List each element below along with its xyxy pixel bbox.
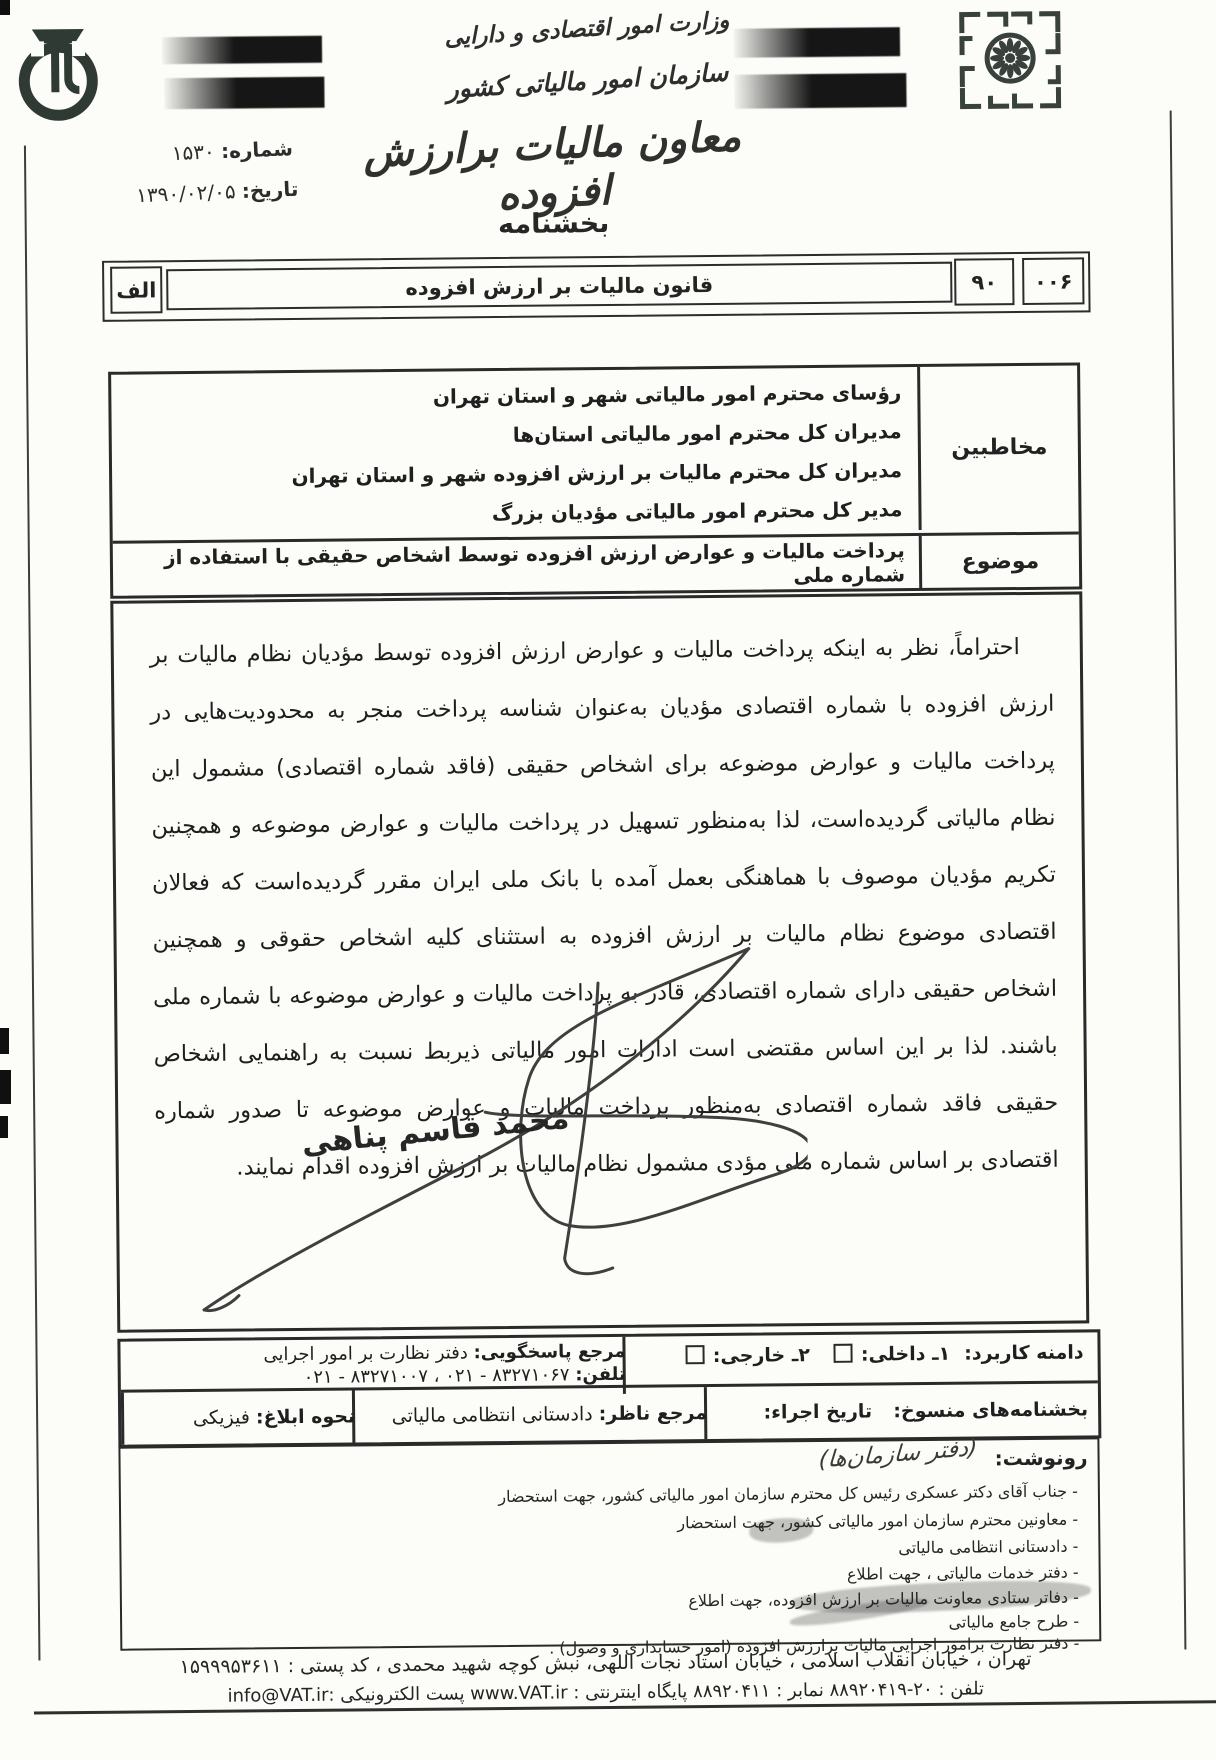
- scan-artifact: [0, 1028, 9, 1054]
- subject-label: موضوع: [919, 534, 1079, 588]
- year-code: ۹۰: [971, 270, 997, 294]
- notification-label: نحوه ابلاغ:: [256, 1405, 355, 1428]
- category-code: الف: [116, 278, 156, 302]
- recipients-table: مخاطبین رؤسای محترم امور مالیاتی شهر و ا…: [108, 362, 1082, 598]
- law-title: قانون مالیات بر ارزش افزوده: [405, 272, 713, 299]
- internal-scope-label: ۱ـ داخلی:: [861, 1343, 950, 1366]
- external-scope-checkbox[interactable]: [686, 1345, 705, 1364]
- notification-value: فیزیکی: [193, 1406, 250, 1429]
- cc-box: رونوشت: (دفتر سازمان‌ها) - جناب آقای دکت…: [118, 1437, 1101, 1650]
- cc-item: - جناب آقای دکتر عسکری رئیس کل محترم ساز…: [498, 1482, 1078, 1507]
- law-title-box: قانون مالیات بر ارزش افزوده: [166, 262, 952, 311]
- redaction-bar: [164, 77, 324, 110]
- supervisor-cell: مرجع ناظر: دادستانی انتظامی مالیاتی: [352, 1387, 717, 1443]
- internal-scope-checkbox[interactable]: [834, 1344, 853, 1363]
- external-scope-label: ۲ـ خارجی:: [713, 1344, 810, 1367]
- cc-label: رونوشت:: [995, 1445, 1088, 1470]
- response-value: دفتر نظارت بر امور اجرایی: [263, 1342, 468, 1365]
- subject-row: موضوع پرداخت مالیات و عوارض ارزش افزوده …: [113, 531, 1079, 595]
- cc-item: - دادستانی انتظامی مالیاتی: [898, 1537, 1078, 1558]
- footer-address: تهران ، خیابان انقلاب اسلامی ، خیابان اس…: [7, 1646, 1203, 1679]
- scan-artifact: [0, 1070, 11, 1104]
- supervisor-value: دادستانی انتظامی مالیاتی: [392, 1403, 593, 1427]
- number-value: ۱۵۳۰: [171, 139, 215, 165]
- ministry-emblem-icon: [954, 6, 1067, 115]
- tax-organization-logo-icon: [8, 25, 109, 126]
- phone-label: تلفن:: [575, 1364, 626, 1385]
- cc-item: - دفاتر ستادی معاونت مالیات بر ارزش افزو…: [688, 1588, 1079, 1611]
- cc-handwritten-note: (دفتر سازمان‌ها): [818, 1435, 978, 1474]
- date-value: ۱۳۹۰/۰۲/۰۵: [136, 179, 236, 207]
- subject-text: پرداخت مالیات و عوارض ارزش افزوده توسط ا…: [113, 536, 919, 596]
- document-number: شماره: ۱۵۳۰: [113, 136, 294, 167]
- serial-code: ۰۰۶: [1034, 269, 1073, 293]
- cc-item: - معاونین محترم سازمان امور مالیاتی کشور…: [677, 1510, 1078, 1533]
- scanned-circular-page: وزارت امور اقتصادی و دارایی سازمان امور …: [0, 0, 1216, 1760]
- supervisor-label: مرجع ناظر:: [599, 1402, 708, 1425]
- footer-table: دامنه کاربرد: ۱ـ داخلی: ۲ـ خارجی: مرجع پ…: [117, 1329, 1101, 1447]
- recipients-label: مخاطبین: [917, 365, 1079, 530]
- classification-row: الف قانون مالیات بر ارزش افزوده ۹۰ ۰۰۶: [102, 251, 1091, 321]
- recipients-list: رؤسای محترم امور مالیاتی شهر و استان تهر…: [111, 367, 919, 544]
- scope-label: دامنه کاربرد:: [964, 1341, 1084, 1364]
- scan-artifact: [0, 1116, 8, 1138]
- execution-date-label: تاریخ اجراء:: [764, 1400, 873, 1423]
- document-date: تاریخ: ۱۳۹۰/۰۲/۰۵: [88, 177, 299, 210]
- notification-cell: نحوه ابلاغ: فیزیکی: [121, 1390, 365, 1444]
- scan-border-right: [1170, 111, 1187, 1650]
- redaction-bar: [162, 36, 322, 65]
- cc-item: - دفتر خدمات مالیاتی ، جهت اطلاع: [847, 1563, 1079, 1584]
- scan-border-left: [24, 146, 41, 1661]
- phone-value: ۸۳۲۷۱۰۶۷ - ۰۲۱ ، ۸۳۲۷۱۰۰۷ - ۰۲۱: [304, 1364, 570, 1388]
- response-label: مرجع پاسخگویی:: [473, 1341, 625, 1363]
- category-box: الف: [110, 266, 162, 313]
- execution-date-cell: تاریخ اجراء:: [704, 1385, 882, 1439]
- year-box: ۹۰: [954, 258, 1014, 306]
- redaction-bar: [734, 27, 900, 58]
- scan-artifact: [0, 0, 10, 15]
- number-label: شماره:: [221, 136, 294, 163]
- repealed-label: بخشنامه‌های منسوخ:: [893, 1398, 1088, 1422]
- serial-box: ۰۰۶: [1022, 257, 1084, 305]
- repealed-cell: بخشنامه‌های منسوخ:: [872, 1383, 1098, 1437]
- date-label: تاریخ:: [241, 177, 298, 203]
- footer-row-2: بخشنامه‌های منسوخ: تاریخ اجراء: مرجع ناظ…: [121, 1380, 1098, 1444]
- document-type-title: بخشنامه: [454, 208, 654, 241]
- recipient-line: مدیر کل محترم امور مالیاتی مؤدیان بزرگ: [112, 490, 902, 537]
- cc-item: - طرح جامع مالیاتی: [948, 1612, 1079, 1632]
- response-cell: مرجع پاسخگویی: دفتر نظارت بر امور اجرایی…: [120, 1337, 641, 1393]
